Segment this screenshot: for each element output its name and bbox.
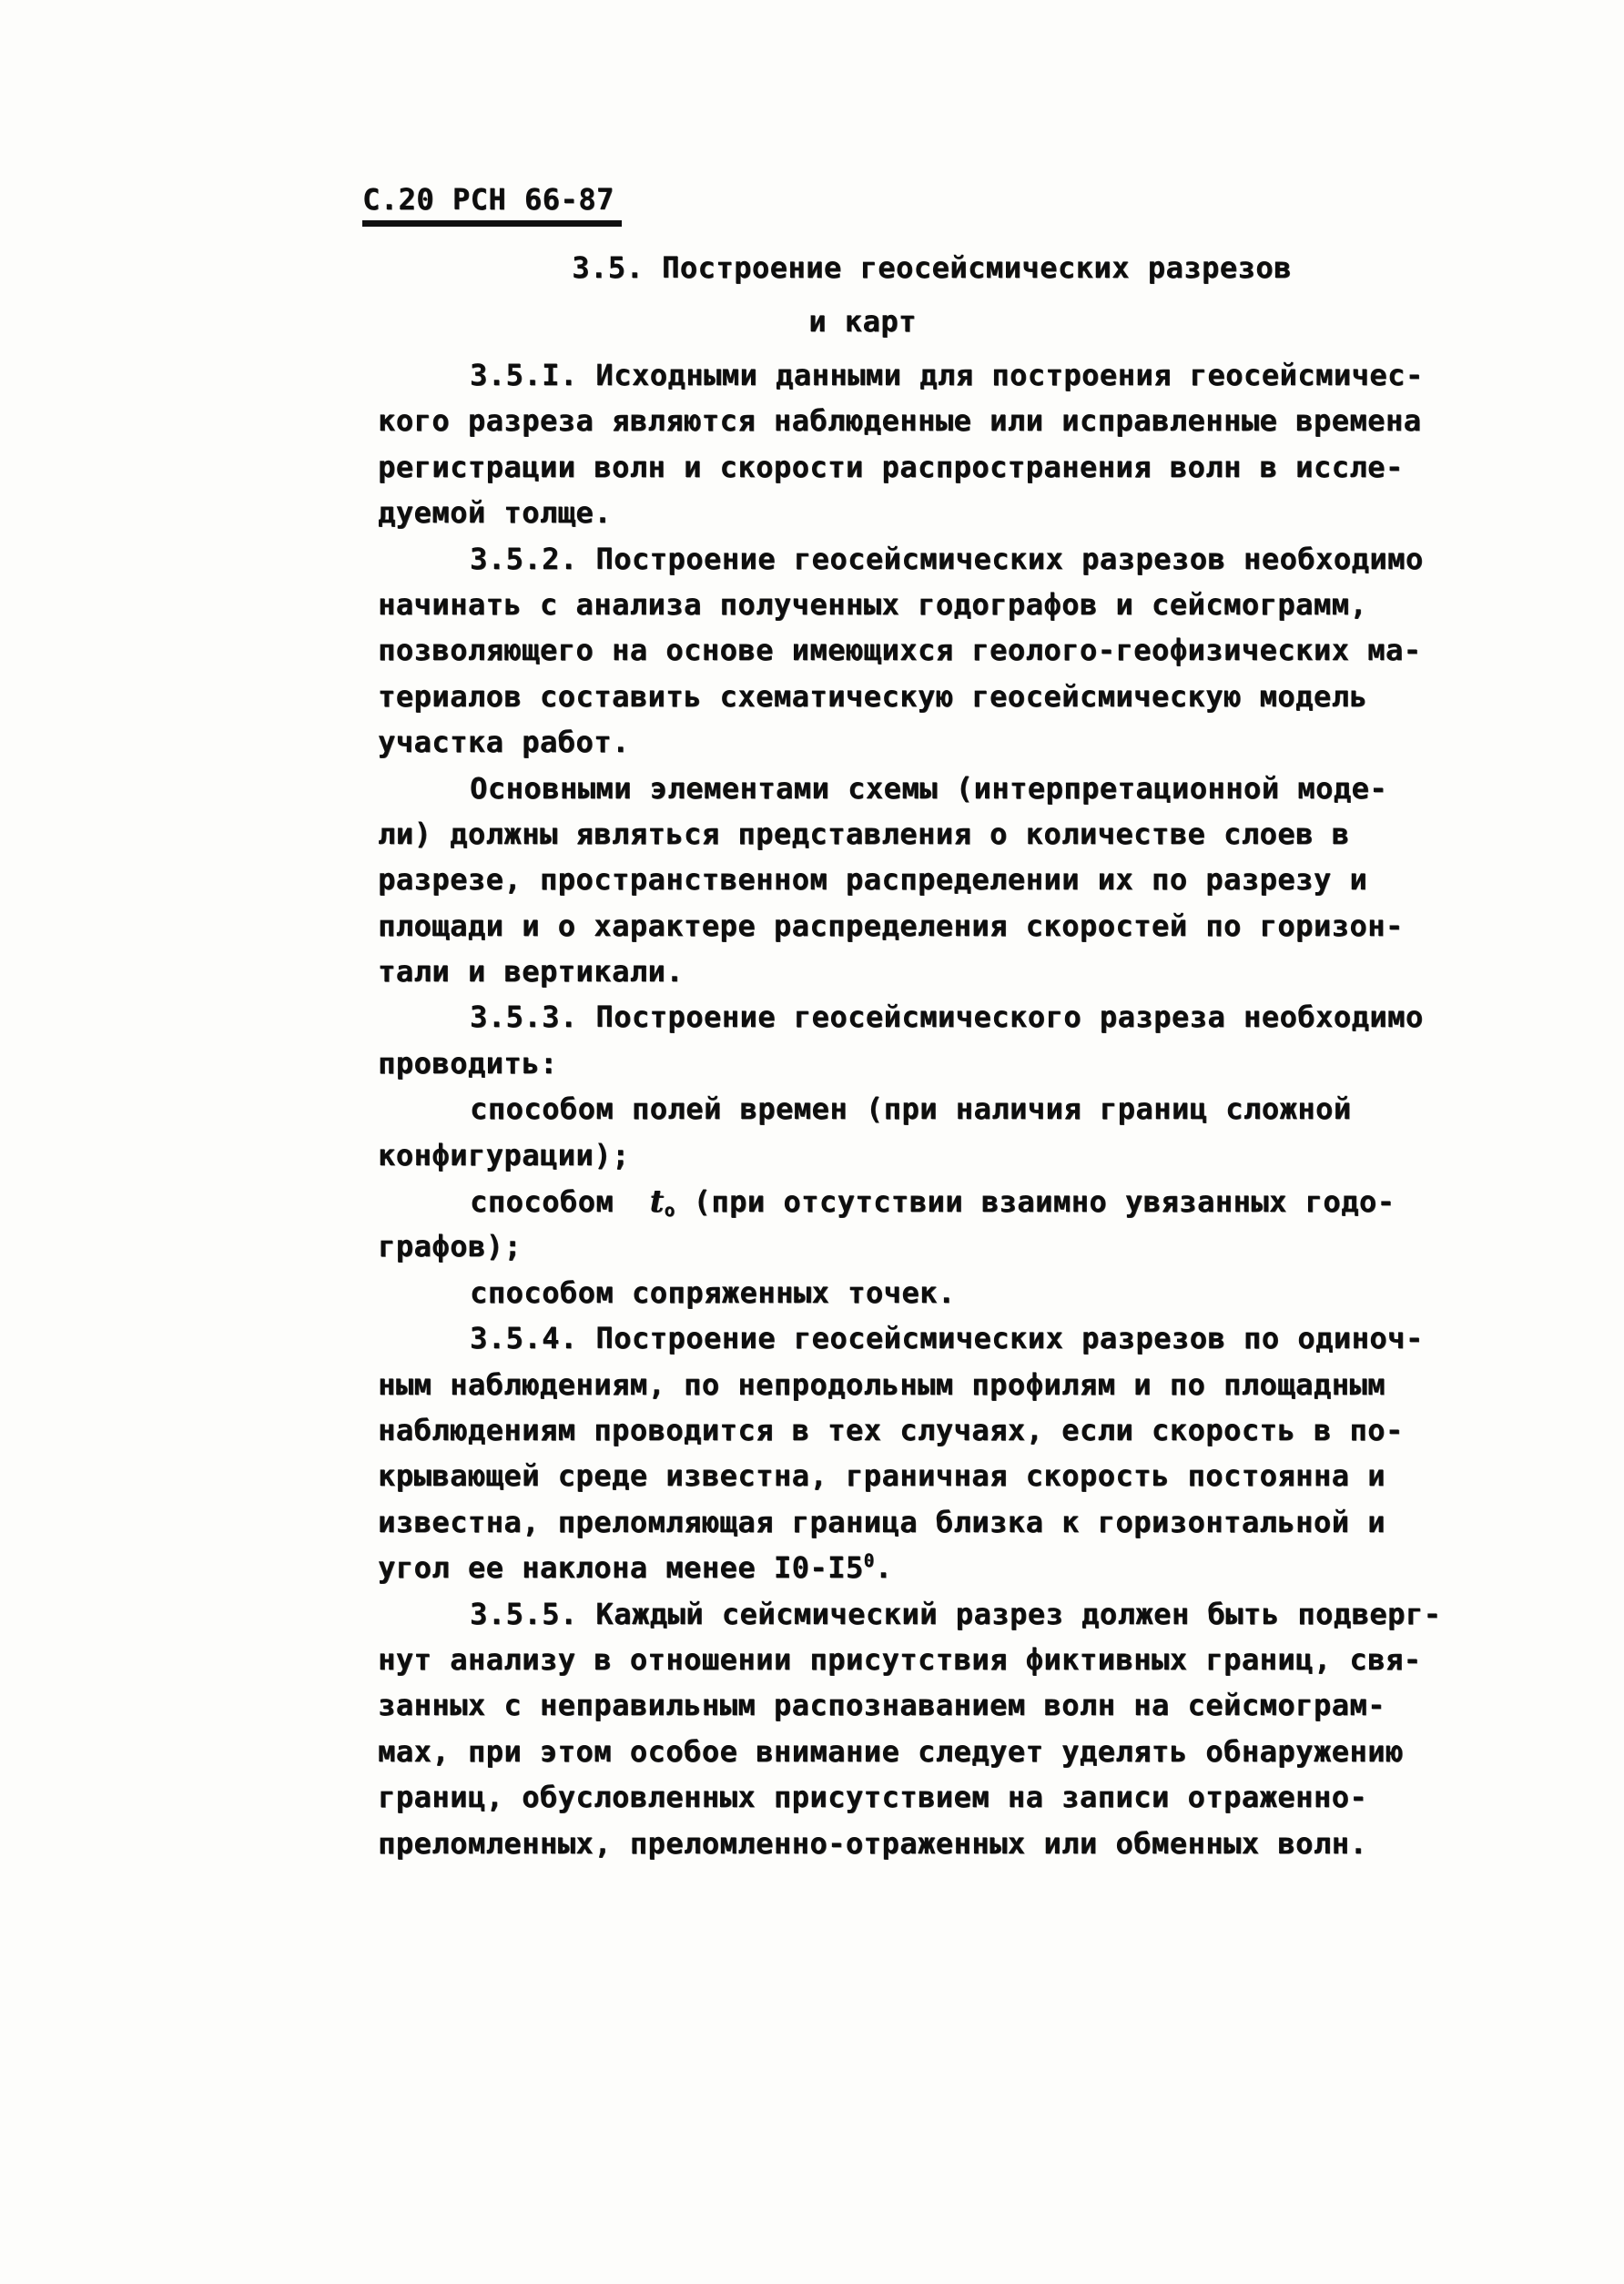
text-line: нут анализу в отношении присутствия фикт… xyxy=(378,1637,1479,1682)
text-line: разрезе, пространственном распределении … xyxy=(378,857,1479,902)
text-line: начинать с анализа полученных годографов… xyxy=(378,582,1479,627)
text-line: способом полей времен (при наличия грани… xyxy=(378,1086,1479,1132)
text-line: границ, обусловленных присутствием на за… xyxy=(378,1774,1479,1820)
text-line: мах, при этом особое внимание следует уд… xyxy=(378,1729,1479,1774)
text-line: ным наблюдениям, по непродольным профиля… xyxy=(378,1362,1479,1407)
text-line: Основными элементами схемы (интерпретаци… xyxy=(378,766,1479,811)
page-header-doc-number: С.20 РСН 66-87 xyxy=(362,182,622,227)
section-title-line-1: 3.5. Построение геосейсмических разрезов xyxy=(401,241,1462,295)
section-title-line-2: и карт xyxy=(332,295,1393,349)
text-line: 3.5.2. Построение геосейсмических разрез… xyxy=(378,536,1479,582)
text-line: проводить: xyxy=(378,1040,1479,1086)
text-line: способом сопряженных точек. xyxy=(378,1270,1479,1315)
section-title: 3.5. Построение геосейсмических разрезов… xyxy=(378,241,1438,349)
text-line: угол ее наклона менее I0-I50. xyxy=(378,1545,1479,1590)
text-line: занных с неправильным распознаванием вол… xyxy=(378,1682,1479,1728)
text-line: 3.5.I. Исходными данными для построения … xyxy=(378,352,1479,398)
text-line: регистрации волн и скорости распростране… xyxy=(378,444,1479,490)
text-line: ли) должны являться представления о коли… xyxy=(378,811,1479,857)
text-line: площади и о характере распределения скор… xyxy=(378,903,1479,949)
text-line: 3.5.4. Построение геосейсмических разрез… xyxy=(378,1315,1479,1361)
text-line: тали и вертикали. xyxy=(378,949,1479,994)
text-line: кого разреза являются наблюденные или ис… xyxy=(378,398,1479,443)
text-line: известна, преломляющая граница близка к … xyxy=(378,1499,1479,1545)
text-line: графов); xyxy=(378,1223,1479,1269)
text-line: крывающей среде известна, граничная скор… xyxy=(378,1453,1479,1498)
text-line: наблюдениям проводится в тех случаях, ес… xyxy=(378,1407,1479,1453)
text-line: конфигурации); xyxy=(378,1132,1479,1178)
document-body: 3.5.I. Исходными данными для построения … xyxy=(378,352,1479,1866)
text-line: 3.5.3. Построение геосейсмического разре… xyxy=(378,994,1479,1040)
text-line: позволяющего на основе имеющихся геолого… xyxy=(378,627,1479,673)
text-line: преломленных, преломленно-отраженных или… xyxy=(378,1821,1479,1866)
text-line: 3.5.5. Каждый сейсмический разрез должен… xyxy=(378,1591,1479,1637)
text-line: териалов составить схематическую геосейс… xyxy=(378,674,1479,719)
text-line: участка работ. xyxy=(378,719,1479,765)
scanned-document-page: С.20 РСН 66-87 3.5. Построение геосейсми… xyxy=(0,0,1624,2284)
text-line: способом tо (при отсутствии взаимно увяз… xyxy=(378,1178,1479,1223)
text-line: дуемой толще. xyxy=(378,490,1479,535)
